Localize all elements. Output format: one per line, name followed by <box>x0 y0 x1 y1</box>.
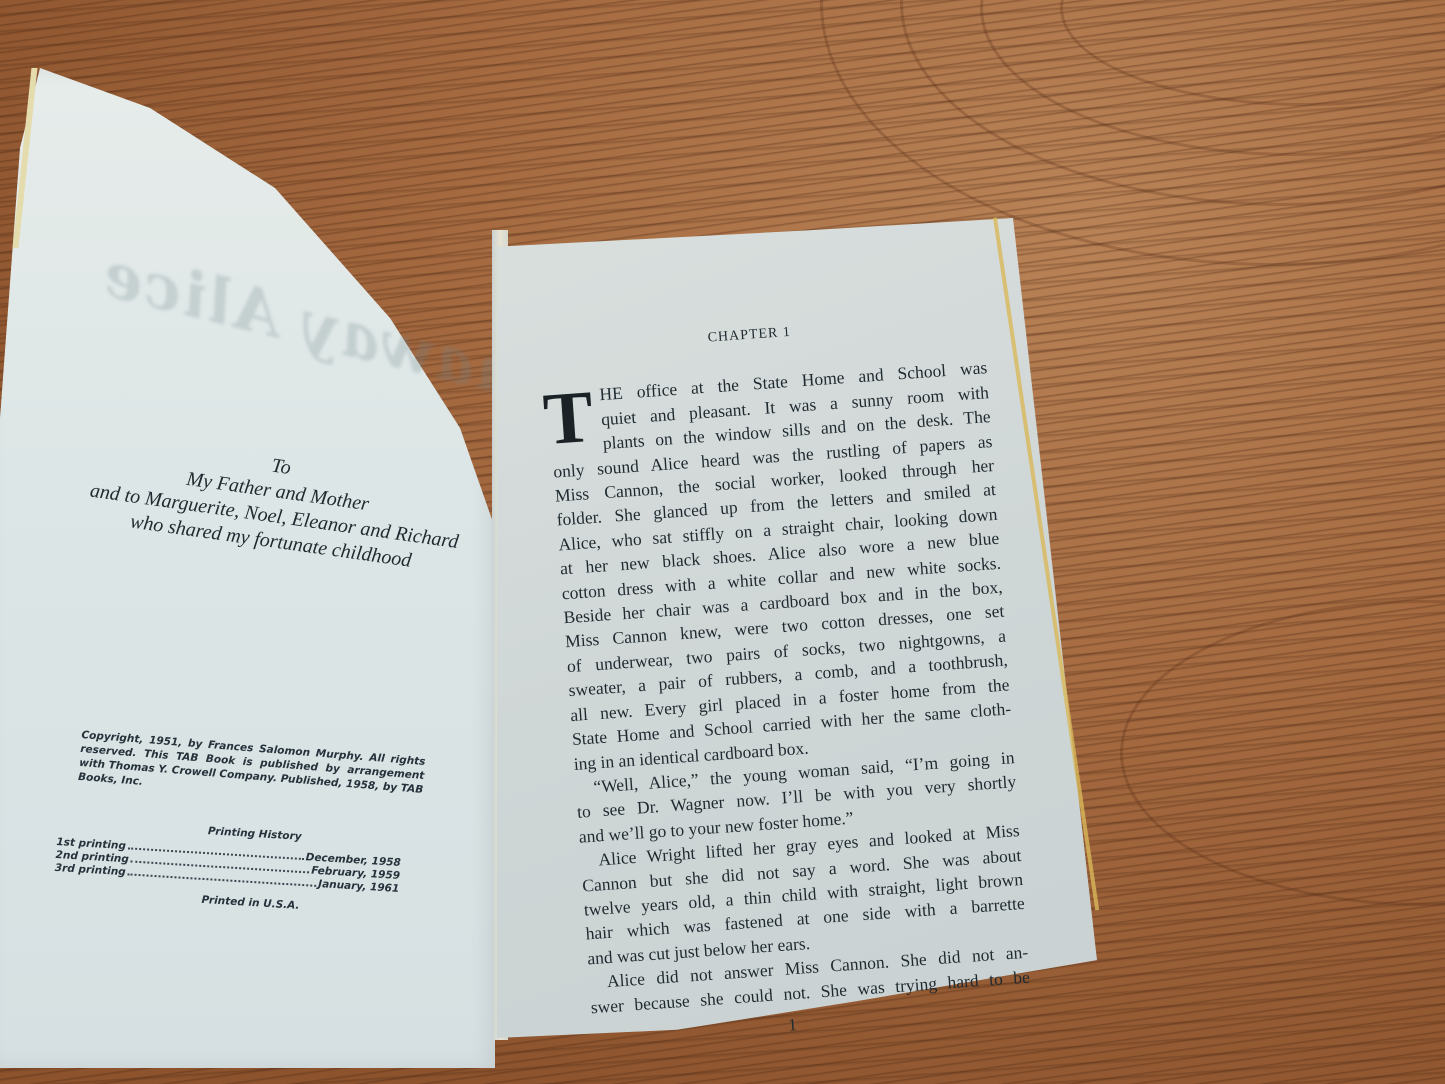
drop-cap: T <box>542 387 595 450</box>
wood-grain-arc <box>1120 600 1445 906</box>
paragraph: T HE office at the State Home and School… <box>547 356 1013 776</box>
leader-dots <box>128 873 317 887</box>
chapter-text: CHAPTER 1 T HE office at the State Home … <box>544 307 1033 1051</box>
